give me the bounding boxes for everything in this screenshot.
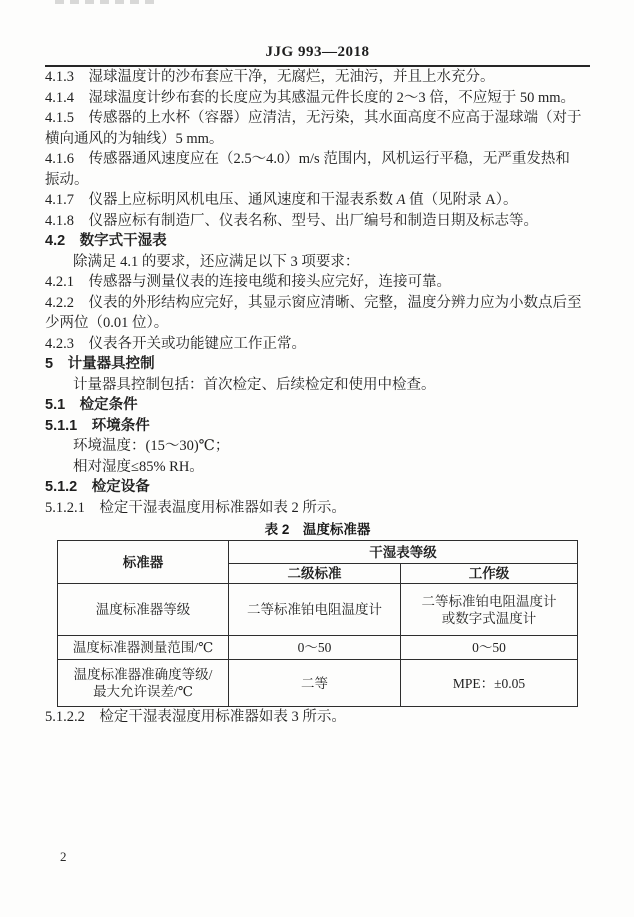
cell-secondary-standard: 二等标准铂电阻温度计 [229,584,401,636]
row-label: 温度标准器测量范围/℃ [58,636,229,660]
para-5-intro: 计量器具控制包括：首次检定、后续检定和使用中检查。 [45,375,590,396]
heading-5-1-1: 5.1.1 环境条件 [45,416,590,437]
env-humidity: 相对湿度≤85% RH。 [45,457,590,478]
standard-number: JJG 993—2018 [45,44,590,61]
clause-4-2-2: 4.2.2 仪表的外形结构应完好，其显示窗应清晰、完整，温度分辨力应为小数点后至… [45,293,590,334]
para-4-2-intro: 除满足 4.1 的要求，还应满足以下 3 项要求： [45,252,590,273]
table-row: 温度标准器准确度等级/ 最大允许误差/℃ 二等 MPE：±0.05 [58,660,578,707]
clause-4-1-6: 4.1.6 传感器通风速度应在（2.5～4.0）m/s 范围内，风机运行平稳，无… [45,149,590,190]
cell-secondary-standard: 0～50 [229,636,401,660]
cell-working-grade: 二等标准铂电阻温度计 或数字式温度计 [401,584,578,636]
table-col-header-secondary: 二级标准 [229,564,401,584]
document-page: JJG 993—2018 4.1.3 湿球温度计的沙布套应干净，无腐烂，无油污，… [0,0,634,728]
heading-5-1: 5.1 检定条件 [45,395,590,416]
cell-working-grade: 0～50 [401,636,578,660]
heading-5-1-2: 5.1.2 检定设备 [45,477,590,498]
table-2-temperature-standards: 标准器 干湿表等级 二级标准 工作级 温度标准器等级 二等标准铂电阻温度计 二等… [57,540,578,707]
row-label: 温度标准器等级 [58,584,229,636]
clause-4-2-3: 4.2.3 仪表各开关或功能键应工作正常。 [45,334,590,355]
clause-5-1-2-2: 5.1.2.2 检定干湿表湿度用标准器如表 3 所示。 [45,707,590,728]
clause-4-1-3: 4.1.3 湿球温度计的沙布套应干净，无腐烂，无油污，并且上水充分。 [45,67,590,88]
table-row: 温度标准器等级 二等标准铂电阻温度计 二等标准铂电阻温度计 或数字式温度计 [58,584,578,636]
clause-4-1-7: 4.1.7 仪器上应标明风机电压、通风速度和干湿表系数 A 值（见附录 A）。 [45,190,590,211]
page-number: 2 [60,849,67,865]
clause-4-1-8: 4.1.8 仪器应标有制造厂、仪表名称、型号、出厂编号和制造日期及标志等。 [45,211,590,232]
clause-5-1-2-1: 5.1.2.1 检定干湿表温度用标准器如表 2 所示。 [45,498,590,519]
clause-4-1-7-text: 4.1.7 仪器上应标明风机电压、通风速度和干湿表系数 [45,192,397,208]
clause-4-1-5: 4.1.5 传感器的上水杯（容器）应清洁，无污染，其水面高度不应高于湿球端（对于… [45,108,590,149]
table-corner-header: 标准器 [58,541,229,584]
env-temperature: 环境温度：(15～30)℃； [45,436,590,457]
table-2-caption: 表 2 温度标准器 [45,520,590,540]
clause-4-2-1: 4.2.1 传感器与测量仪表的连接电缆和接头应完好，连接可靠。 [45,272,590,293]
cell-working-grade: MPE：±0.05 [401,660,578,707]
heading-5: 5 计量器具控制 [45,354,590,375]
clause-4-1-7-text-end: 值（见附录 A）。 [405,192,517,208]
scan-artifact [55,0,157,4]
table-group-header: 干湿表等级 [229,541,578,564]
row-label: 温度标准器准确度等级/ 最大允许误差/℃ [58,660,229,707]
table-col-header-working: 工作级 [401,564,578,584]
heading-4-2: 4.2 数字式干湿表 [45,231,590,252]
document-body: 4.1.3 湿球温度计的沙布套应干净，无腐烂，无油污，并且上水充分。 4.1.4… [45,67,590,728]
cell-secondary-standard: 二等 [229,660,401,707]
clause-4-1-4: 4.1.4 湿球温度计纱布套的长度应为其感温元件长度的 2～3 倍，不应短于 5… [45,88,590,109]
table-row: 温度标准器测量范围/℃ 0～50 0～50 [58,636,578,660]
